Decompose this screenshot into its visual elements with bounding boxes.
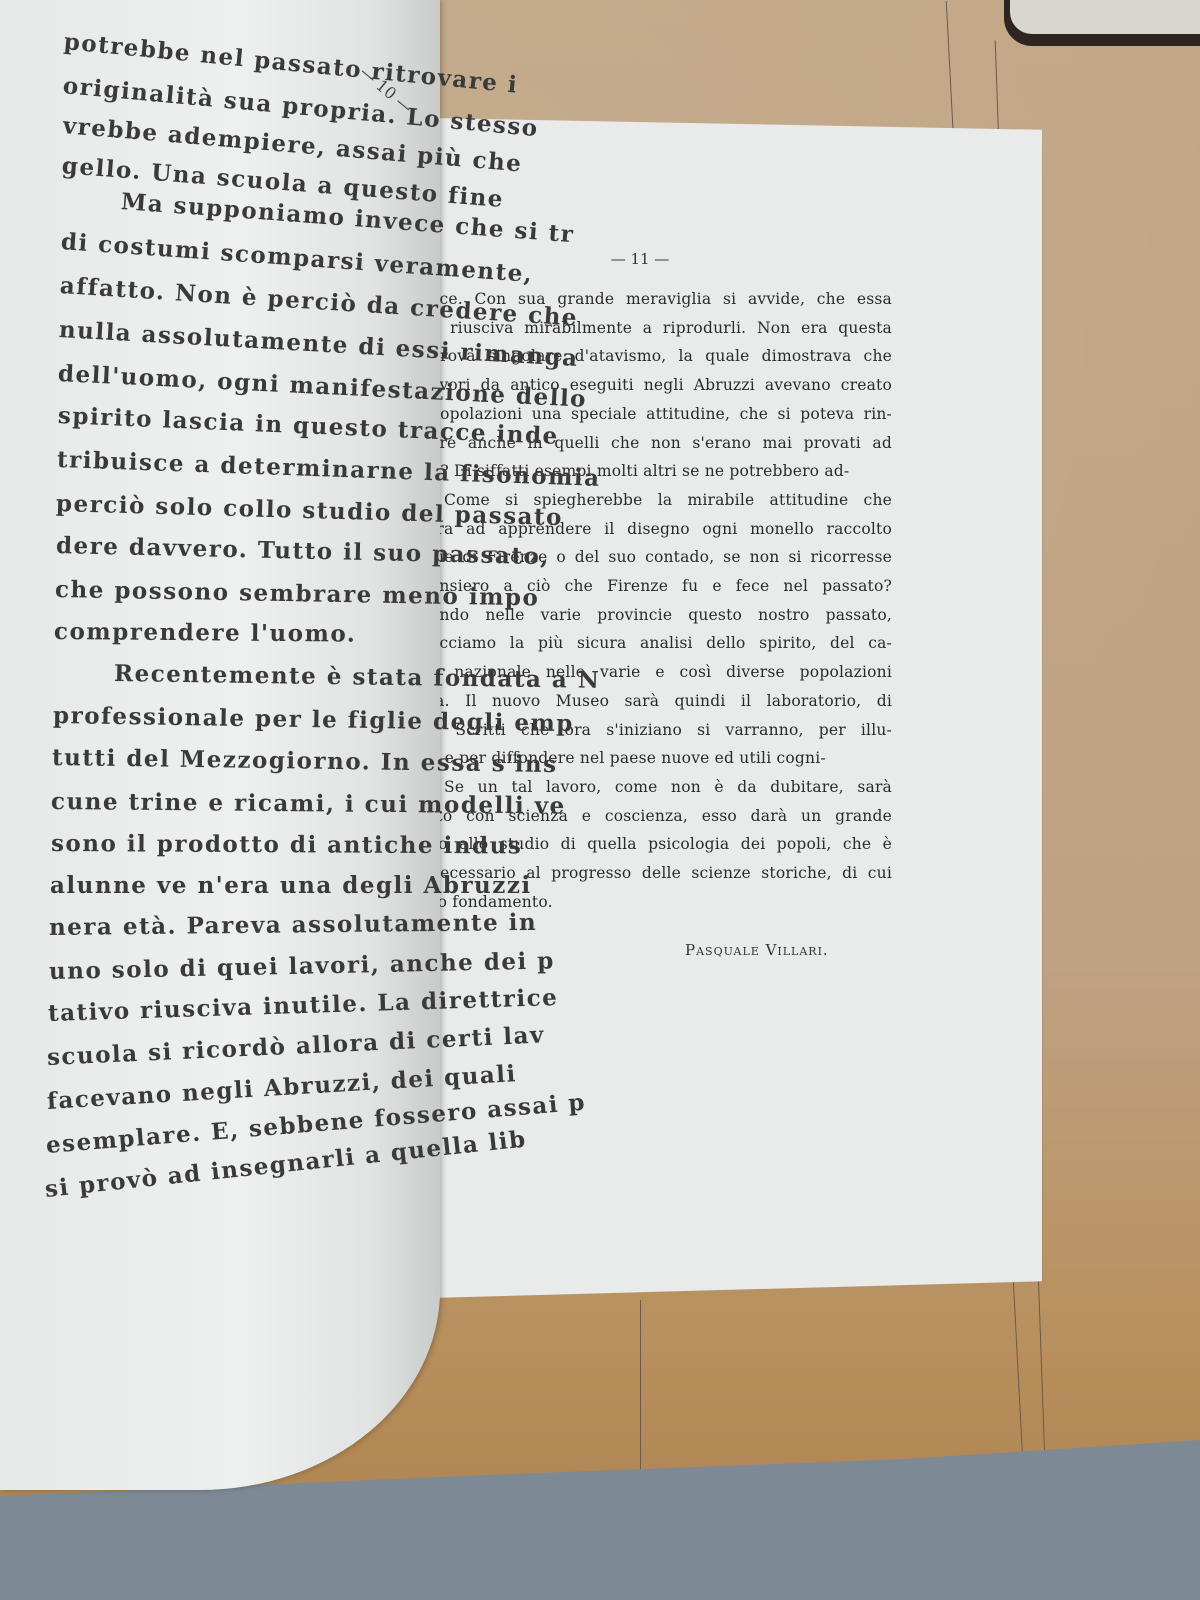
text-line: ia. Il nuovo Museo sarà quindi il labora… — [430, 692, 892, 710]
text-line: comprendere l'uomo. — [54, 618, 357, 648]
page-number: — 11 — — [590, 250, 690, 268]
text-line: nera età. Pareva assolutamente in — [49, 909, 537, 941]
right-page-content: — 11 — ace. Con sua grande meraviglia si… — [430, 118, 1100, 1298]
left-page: — 10 — potrebbe nel passato ritrovare io… — [0, 0, 440, 1490]
text-line: Recentemente è stata fondata a N — [113, 660, 600, 694]
text-line: tutti del Mezzogiorno. In essa s'ins — [52, 744, 558, 778]
text-line: alunne ve n'era una degli Abruzzi — [50, 872, 532, 899]
text-line: cune trine e ricami, i cui modelli ve — [51, 788, 566, 819]
author-signature: Pasquale Villari. — [685, 941, 829, 959]
tray-object — [1010, 0, 1200, 34]
text-line: acciamo la più sicura analisi dello spir… — [430, 634, 892, 652]
text-line: sono il prodotto di antiche indus — [51, 830, 522, 859]
